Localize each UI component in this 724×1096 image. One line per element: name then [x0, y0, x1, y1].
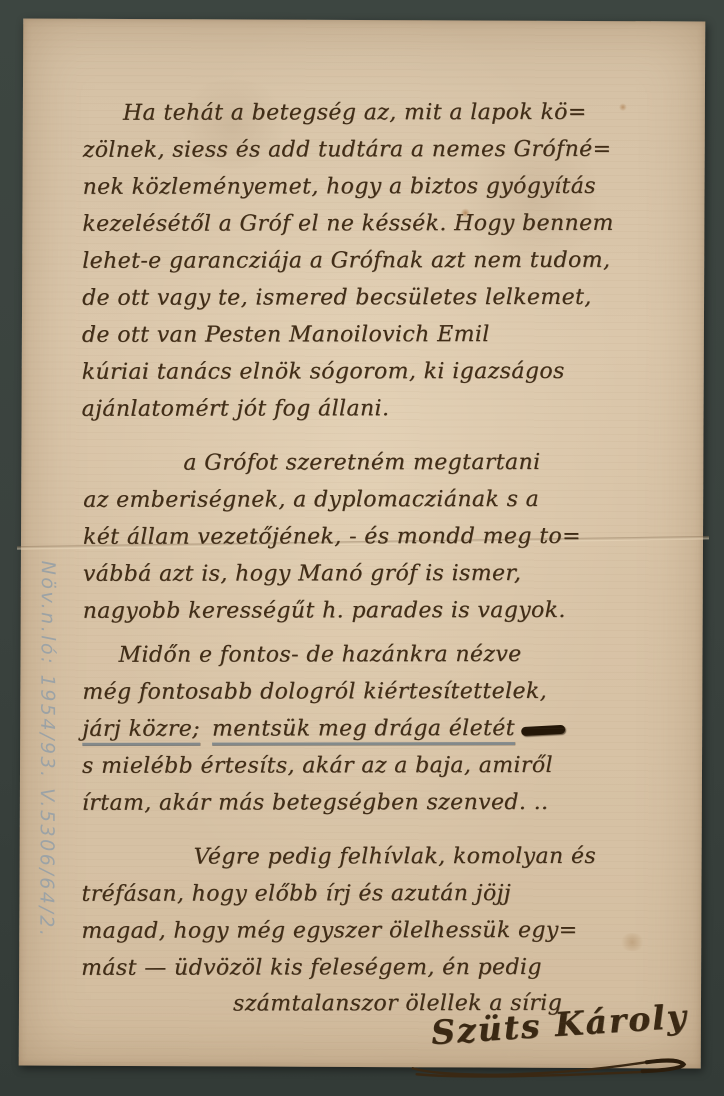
handwritten-line: két állam vezetőjének, - és mondd meg to… [83, 518, 581, 556]
paragraph-4: Végre pedig felhívlak, komolyan és tréfá… [81, 839, 596, 989]
paragraph-2: a Grófot szeretném megtartani az emberis… [83, 445, 582, 632]
paragraph-1: Ha tehát a betegség az, mit a lapok kö= … [82, 95, 615, 430]
handwritten-line: nek közleményemet, hogy a biztos gyógyít… [83, 168, 614, 206]
handwritten-line: lehet-e garancziája a Grófnak azt nem tu… [82, 242, 613, 280]
handwritten-line: de ott van Pesten Manoilovich Emil [82, 316, 613, 354]
handwritten-line: zölnek, siess és add tudtára a nemes Gró… [83, 131, 614, 169]
handwritten-line: tréfásan, hogy előbb írj és azután jöjj [81, 875, 596, 913]
handwritten-line: írtam, akár más betegségben szenved. .. [82, 784, 565, 822]
handwritten-line: ajánlatomért jót fog állani. [82, 390, 613, 428]
archive-inventory-number: Növ.n.ló: 1954/93. V.5306/64/2. [27, 561, 59, 1089]
handwritten-line: magad, hogy még egyszer ölelhessük egy= [81, 912, 596, 950]
handwritten-line: kezelésétől a Gróf el ne késsék. Hogy be… [82, 205, 613, 243]
handwritten-line-underlined: járj közre;mentsük meg drága életét [82, 710, 565, 748]
handwritten-line: Midőn e fontos- de hazánkra nézve [82, 636, 565, 674]
handwritten-line: Végre pedig felhívlak, komolyan és [82, 838, 597, 876]
handwritten-line: vábbá azt is, hogy Manó gróf is ismer, [83, 555, 581, 593]
signature-block: Szüts Károly [407, 1004, 697, 1083]
handwritten-line: nagyobb kerességűt h. parades is vagyok. [83, 592, 581, 630]
ink-strikethrough-blot [521, 725, 565, 736]
paragraph-3: Midőn e fontos- de hazánkra nézve még fo… [82, 637, 566, 824]
paper-stain [619, 933, 645, 951]
handwritten-line: az emberiségnek, a dyplomacziának s a [83, 481, 581, 519]
signature-flourish [407, 1038, 697, 1083]
handwritten-line: még fontosabb dologról kiértesítettelek, [82, 673, 565, 711]
pencil-underlined-text: mentsük meg drága életét [212, 716, 515, 742]
handwritten-line: a Grófot szeretném megtartani [83, 444, 581, 482]
handwritten-line: mást — üdvözöl kis feleségem, én pedig [81, 949, 596, 987]
handwritten-line: de ott vagy te, ismered becsületes lelke… [82, 279, 613, 317]
paper-stain [619, 103, 627, 111]
pencil-underlined-text: járj közre; [82, 717, 200, 742]
letter-paper: Ha tehát a betegség az, mit a lapok kö= … [19, 19, 706, 1069]
handwritten-line: Ha tehát a betegség az, mit a lapok kö= [83, 94, 614, 132]
handwritten-line: s mielébb értesíts, akár az a baja, amir… [82, 747, 565, 785]
photo-background: Ha tehát a betegség az, mit a lapok kö= … [0, 0, 724, 1096]
handwritten-line: kúriai tanács elnök sógorom, ki igazságo… [82, 353, 613, 391]
